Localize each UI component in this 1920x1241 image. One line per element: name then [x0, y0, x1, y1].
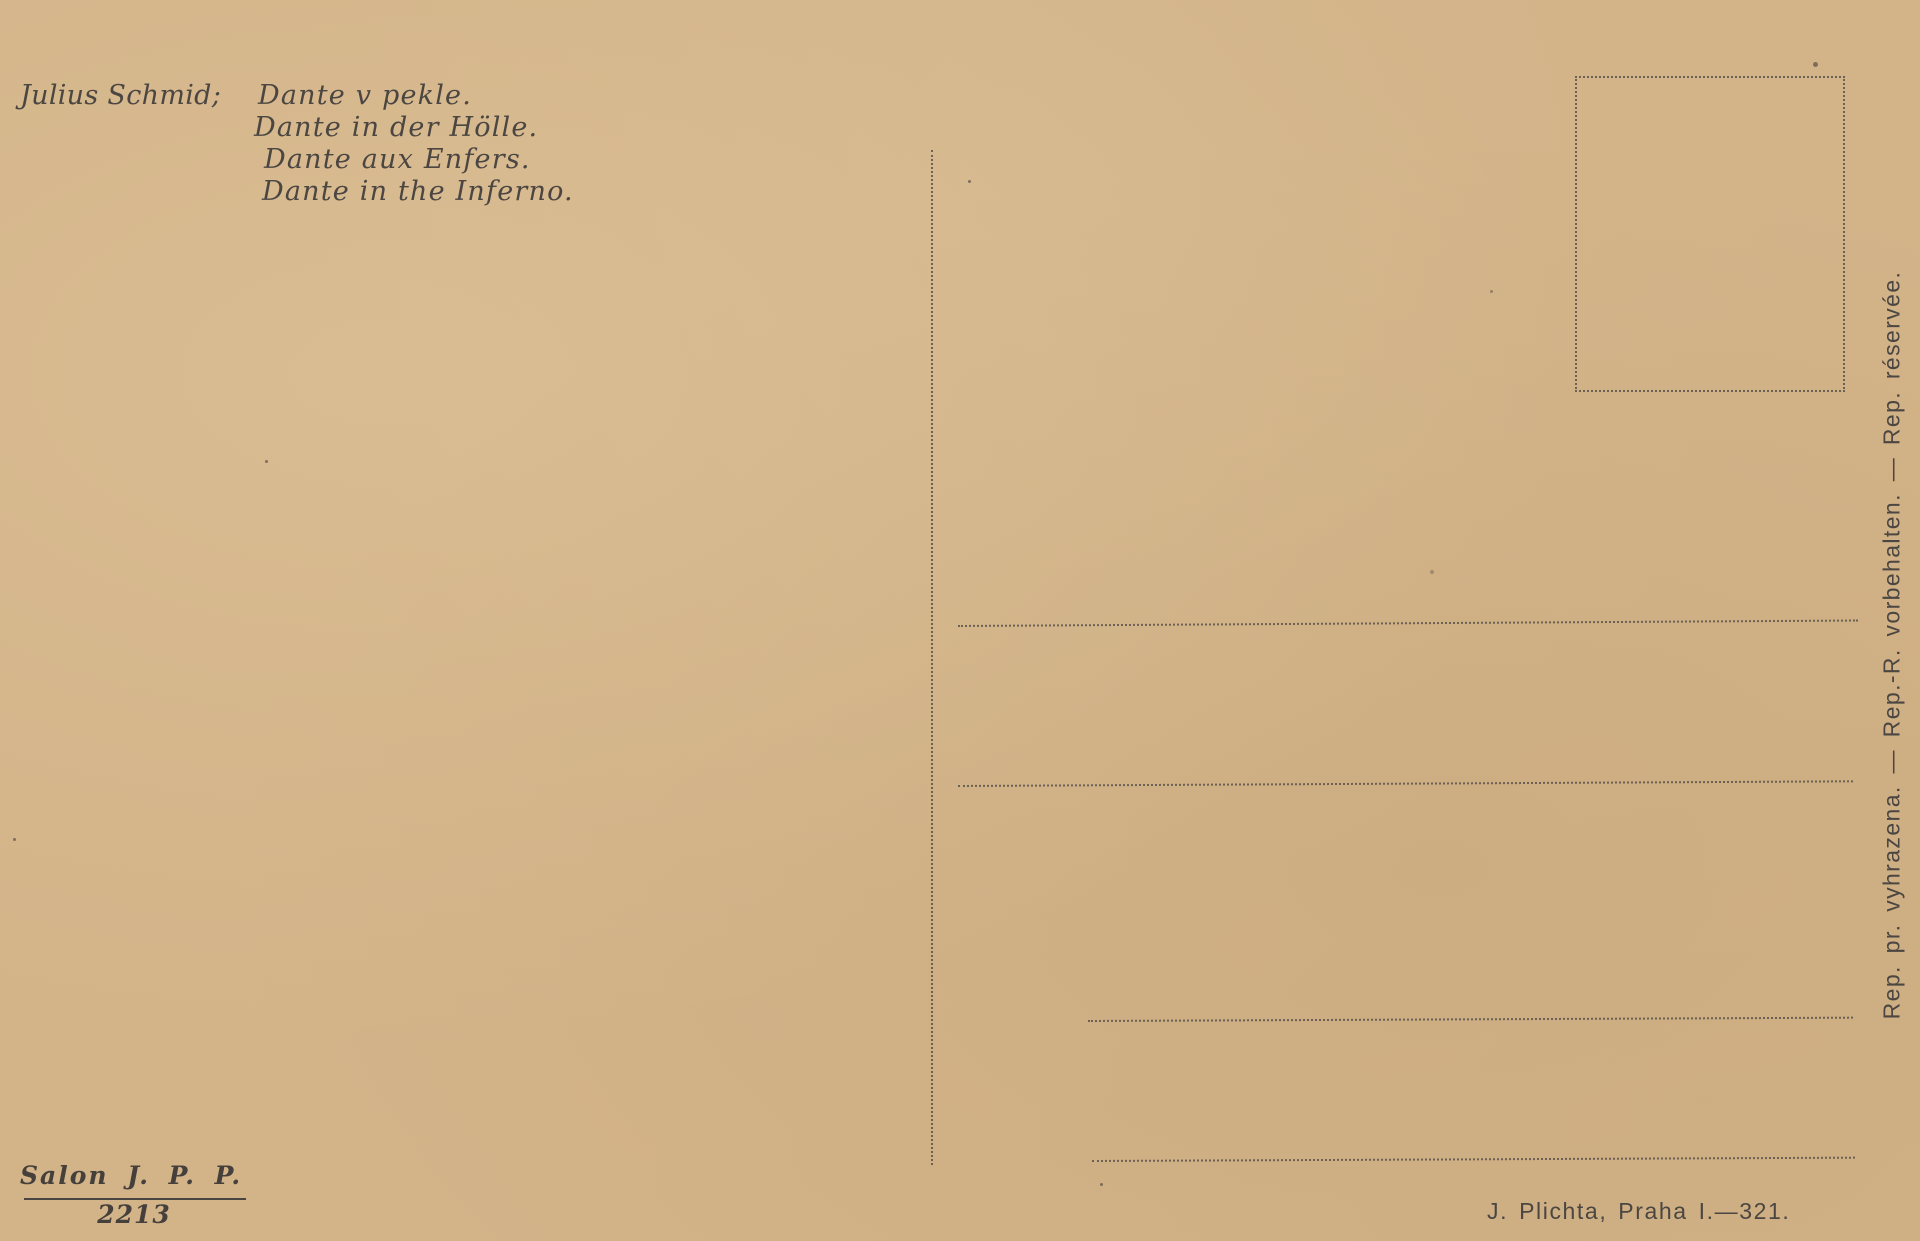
stamp-box — [1575, 76, 1845, 392]
paper-speck — [1100, 1183, 1103, 1186]
publisher-block: Salon J. P. P. 2213 — [20, 1160, 248, 1230]
paper-speck — [13, 838, 16, 841]
printer-imprint: J. Plichta, Praha I.—321. — [1487, 1198, 1790, 1225]
artist-name: Julius Schmid; — [20, 80, 221, 112]
title-english: Dante in the Inferno. — [262, 176, 574, 208]
message-address-divider — [931, 150, 933, 1165]
paper-speck — [968, 180, 971, 183]
paper-speck — [1490, 290, 1493, 293]
artwork-titles: Dante v pekle. Dante in der Hölle. Dante… — [258, 80, 574, 208]
title-german: Dante in der Hölle. — [254, 112, 574, 144]
address-line-3 — [1088, 1017, 1853, 1022]
paper-speck — [265, 460, 268, 463]
rights-reserved-notice: Rep. pr. vyhrazena. — Rep.-R. vorbehalte… — [1879, 222, 1906, 1068]
title-czech: Dante v pekle. — [258, 80, 574, 112]
publisher-number: 2213 — [20, 1200, 248, 1230]
address-line-4 — [1092, 1157, 1855, 1162]
paper-speck — [1430, 570, 1434, 574]
title-french: Dante aux Enfers. — [264, 144, 574, 176]
publisher-name: Salon J. P. P. — [20, 1160, 248, 1192]
address-line-1 — [958, 620, 1858, 627]
address-line-2 — [958, 780, 1853, 787]
paper-speck — [1813, 62, 1818, 67]
postcard-back: Julius Schmid; Dante v pekle. Dante in d… — [0, 0, 1920, 1241]
